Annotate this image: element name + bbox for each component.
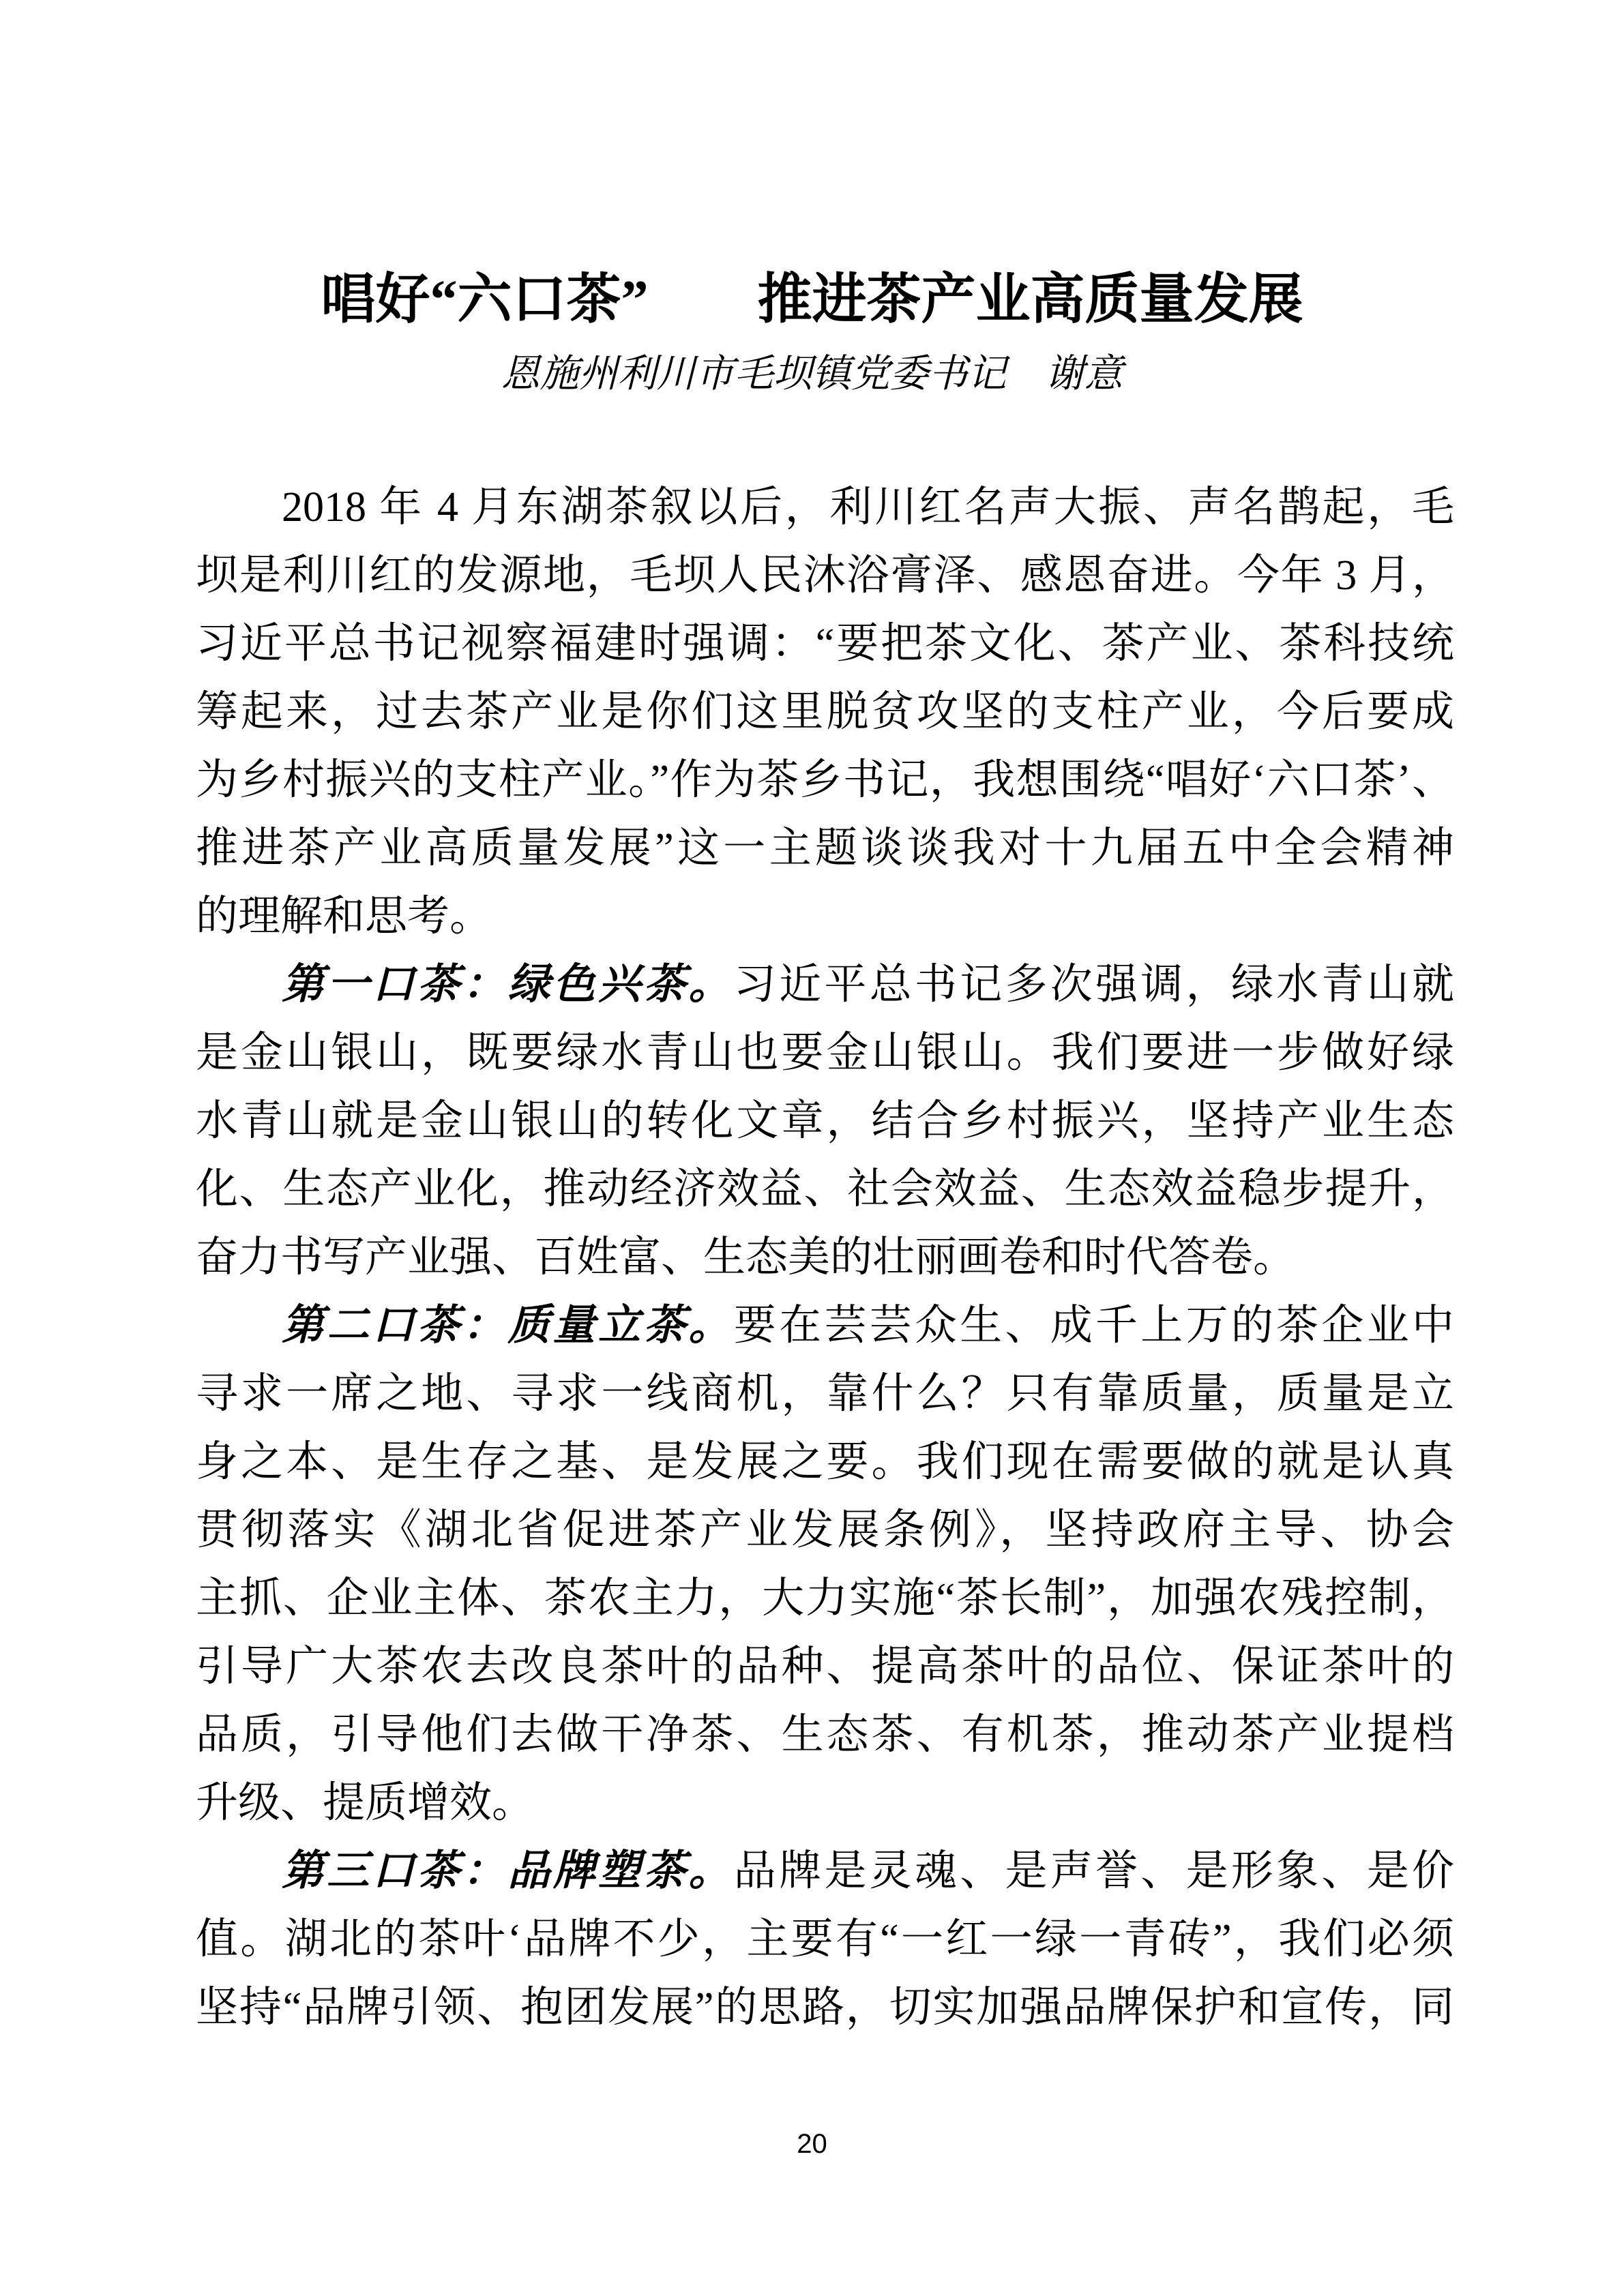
page-number: 20 <box>0 2129 1624 2159</box>
document-page: 唱好“六口茶” 推进茶产业高质量发展 恩施州利川市毛坝镇党委书记 谢意 2018… <box>0 0 1624 2296</box>
paragraph-lead: 第二口茶：质量立茶。 <box>282 1302 734 1349</box>
text-line: 值。湖北的茶叶‘品牌不少，主要有“一红一绿一青砖”，我们必须 <box>196 1905 1454 1973</box>
text-line: 第一口茶：绿色兴茶。习近平总书记多次强调，绿水青山就 <box>196 951 1454 1019</box>
text-line: 奋力书写产业强、百姓富、生态美的壮丽画卷和时代答卷。 <box>196 1223 1454 1292</box>
paragraph-lead: 第一口茶：绿色兴茶。 <box>282 961 734 1008</box>
text-line: 贯彻落实《湖北省促进茶产业发展条例》，坚持政府主导、协会 <box>196 1496 1454 1564</box>
paragraph-lead: 第三口茶：品牌塑茶。 <box>282 1848 734 1894</box>
text-line: 是金山银山，既要绿水青山也要金山银山。我们要进一步做好绿 <box>196 1019 1454 1087</box>
document-title: 唱好“六口茶” 推进茶产业高质量发展 <box>0 263 1624 338</box>
line-text: 要在芸芸众生、成千上万的茶企业中 <box>734 1302 1454 1349</box>
text-line: 第二口茶：质量立茶。要在芸芸众生、成千上万的茶企业中 <box>196 1292 1454 1360</box>
text-line: 坚持“品牌引领、抱团发展”的思路，切实加强品牌保护和宣传，同 <box>196 1973 1454 2042</box>
text-line: 引导广大茶农去改良茶叶的品种、提高茶叶的品位、保证茶叶的 <box>196 1632 1454 1701</box>
text-line: 习近平总书记视察福建时强调：“要把茶文化、茶产业、茶科技统 <box>196 610 1454 678</box>
text-line: 寻求一席之地、寻求一线商机，靠什么？只有靠质量，质量是立 <box>196 1360 1454 1428</box>
document-byline: 恩施州利川市毛坝镇党委书记 谢意 <box>0 346 1624 402</box>
line-text: 品牌是灵魂、是声誉、是形象、是价 <box>734 1848 1454 1894</box>
text-line: 升级、提质增效。 <box>196 1769 1454 1837</box>
text-line: 水青山就是金山银山的转化文章，结合乡村振兴，坚持产业生态 <box>196 1087 1454 1155</box>
text-line: 2018 年 4 月东湖茶叙以后，利川红名声大振、声名鹊起，毛 <box>196 473 1454 541</box>
text-line: 主抓、企业主体、茶农主力，大力实施“茶长制”，加强农残控制， <box>196 1564 1454 1632</box>
text-line: 化、生态产业化，推动经济效益、社会效益、生态效益稳步提升， <box>196 1155 1454 1223</box>
line-text: 习近平总书记多次强调，绿水青山就 <box>734 961 1454 1008</box>
text-line: 身之本、是生存之基、是发展之要。我们现在需要做的就是认真 <box>196 1428 1454 1496</box>
text-line: 推进茶产业高质量发展”这一主题谈谈我对十九届五中全会精神 <box>196 814 1454 882</box>
text-line: 第三口茶：品牌塑茶。品牌是灵魂、是声誉、是形象、是价 <box>196 1837 1454 1905</box>
text-line: 的理解和思考。 <box>196 882 1454 951</box>
text-line: 坝是利川红的发源地，毛坝人民沐浴膏泽、感恩奋进。今年 3 月， <box>196 541 1454 610</box>
text-line: 为乡村振兴的支柱产业。”作为茶乡书记，我想围绕“唱好‘六口茶’、 <box>196 746 1454 814</box>
text-line: 筹起来，过去茶产业是你们这里脱贫攻坚的支柱产业，今后要成 <box>196 678 1454 746</box>
document-body: 2018 年 4 月东湖茶叙以后，利川红名声大振、声名鹊起，毛坝是利川红的发源地… <box>196 473 1454 2042</box>
text-line: 品质，引导他们去做干净茶、生态茶、有机茶，推动茶产业提档 <box>196 1701 1454 1769</box>
